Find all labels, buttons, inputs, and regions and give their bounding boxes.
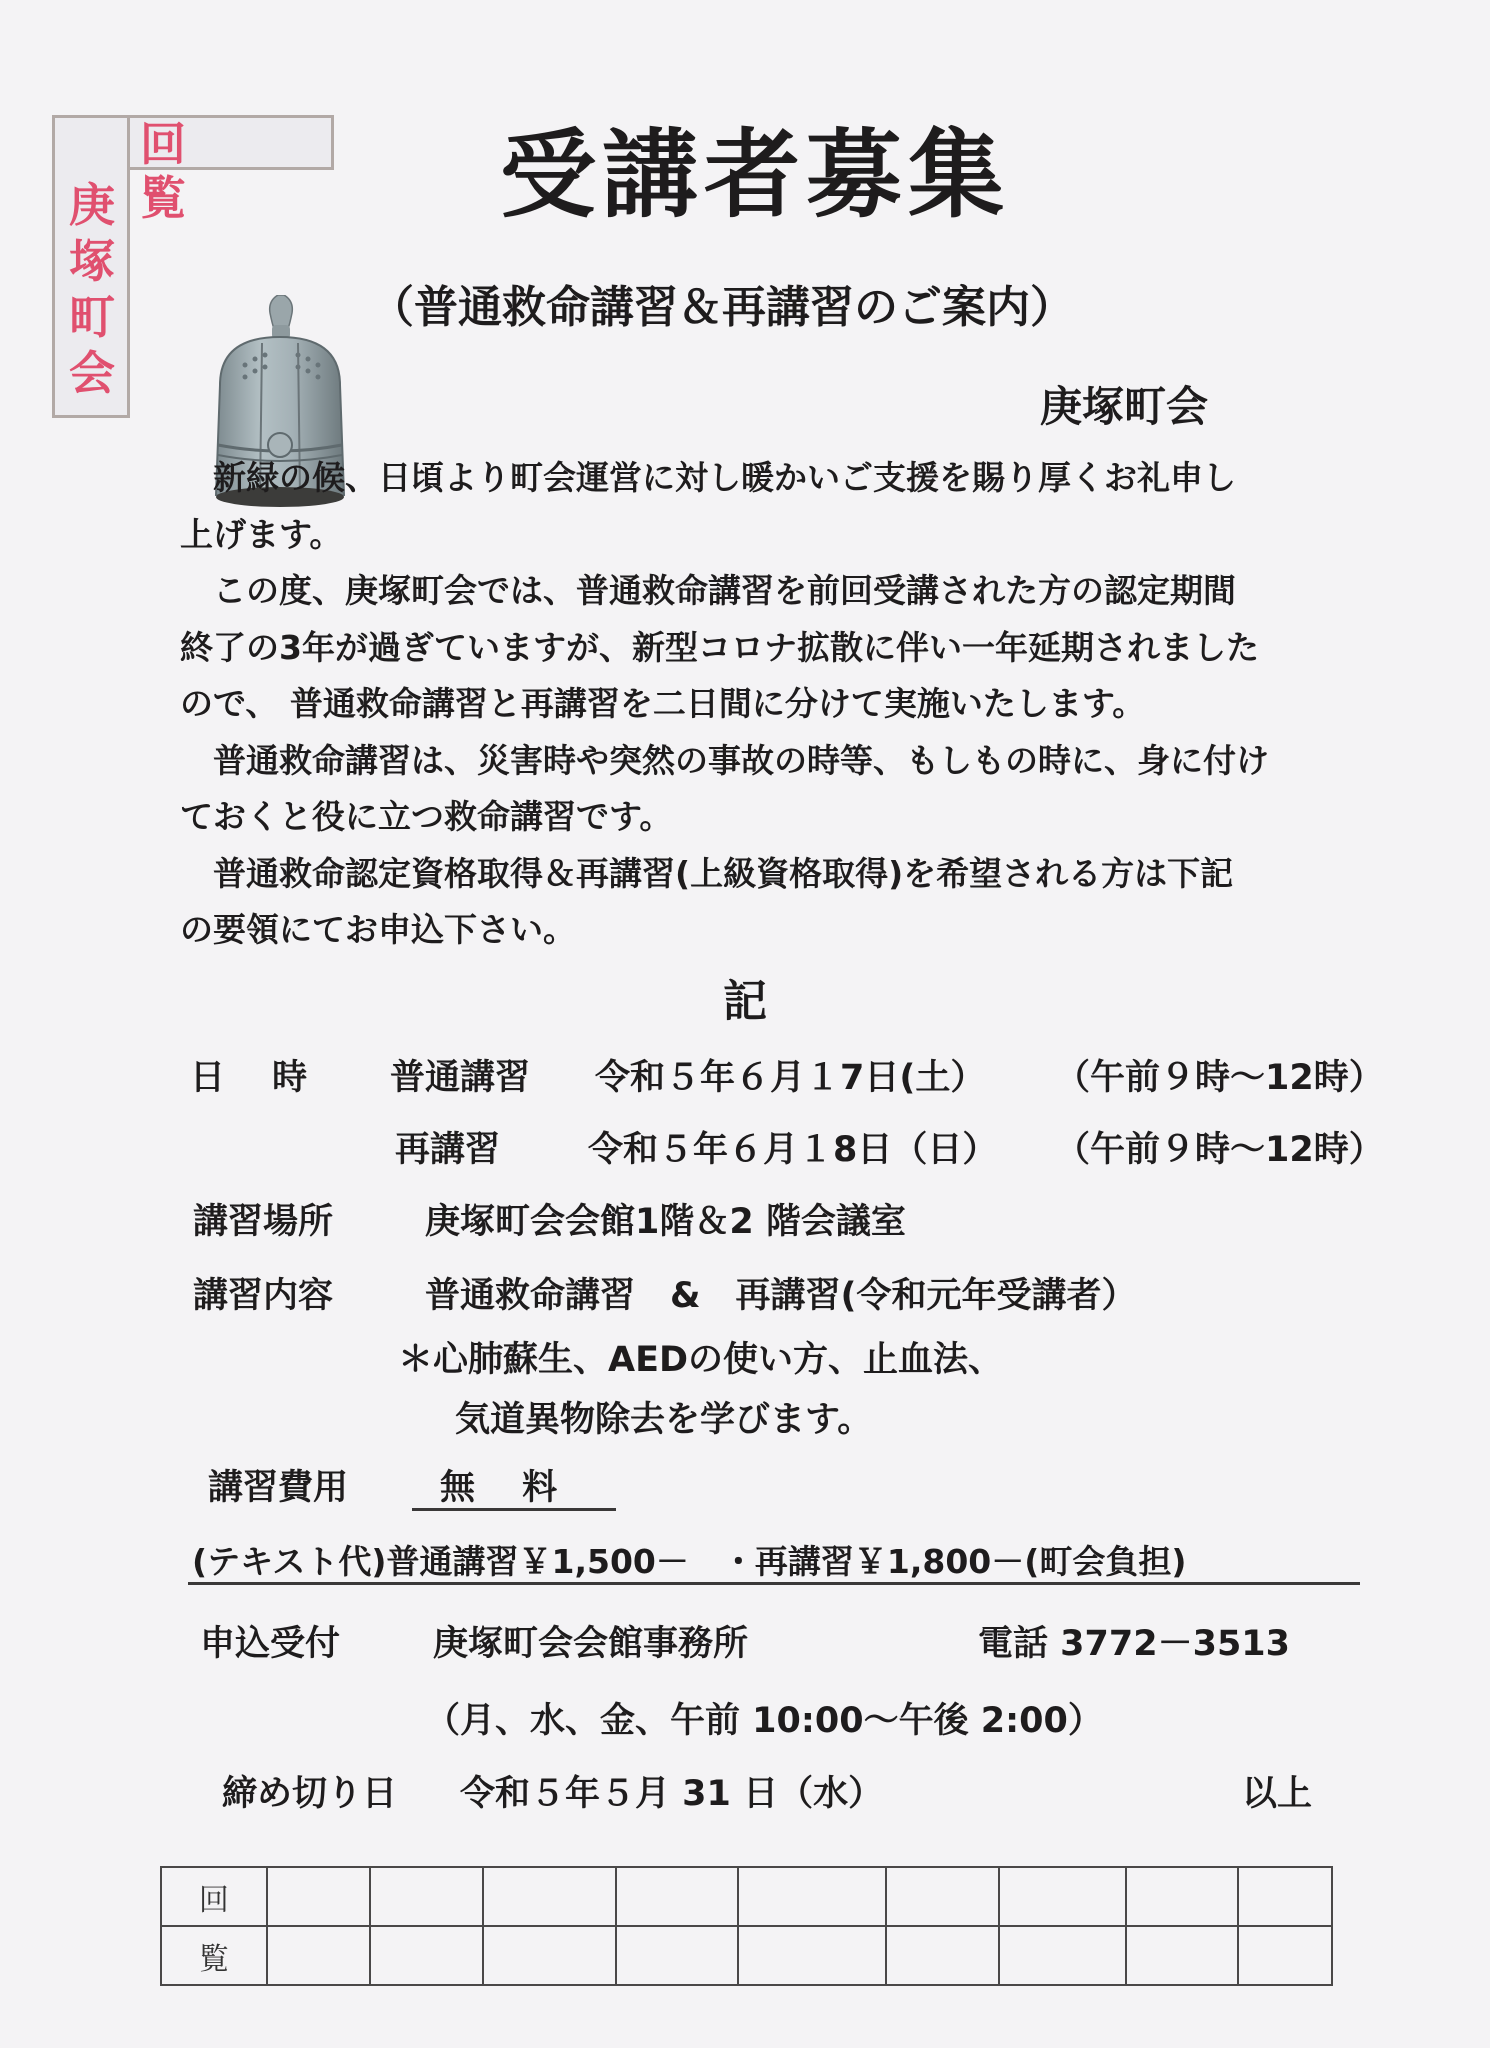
stamp-cell[interactable] xyxy=(370,1926,483,1985)
body-line: 普通救命認定資格取得＆再講習(上級資格取得)を希望される方は下記 xyxy=(180,846,1420,903)
stamp-cell[interactable] xyxy=(267,1926,371,1985)
deadline-value: 令和５年５月 31 日（水） xyxy=(460,1772,883,1816)
stamp-cell[interactable] xyxy=(616,1926,738,1985)
content-label: 講習内容 xyxy=(193,1274,333,1318)
stamp-cell[interactable] xyxy=(267,1867,371,1926)
stamp-cell[interactable] xyxy=(738,1867,886,1926)
venue-value: 庚塚町会会館1階＆2 階会議室 xyxy=(425,1200,906,1244)
flyer-page: 回 覧 庚 塚 町 会 xyxy=(0,0,1490,2048)
organization-name: 庚塚町会 xyxy=(1040,382,1208,432)
fee-label: 講習費用 xyxy=(208,1466,348,1510)
stamp-cell[interactable] xyxy=(1238,1926,1332,1985)
body-text: 新緑の候、日頃より町会運営に対し暖かいご支援を賜り厚くお礼申し 上げます。 この… xyxy=(180,450,1420,959)
application-label: 申込受付 xyxy=(200,1622,340,1666)
circulation-table: 回 覧 xyxy=(160,1866,1333,1986)
session-date: 令和５年６月１7日(土） xyxy=(595,1056,985,1100)
body-line: ので、 普通救命講習と再講習を二日間に分けて実施いたします。 xyxy=(180,676,1420,733)
application-hours: （月、水、金、午前 10:00～午後 2:00） xyxy=(425,1699,1103,1743)
ki-heading: 記 xyxy=(0,975,1490,1029)
circulation-header-cell: 回 xyxy=(161,1867,267,1926)
stamp-cell[interactable] xyxy=(738,1926,886,1985)
datetime-label: 日 時 xyxy=(190,1056,307,1100)
session-name: 再講習 xyxy=(395,1128,500,1172)
circulation-header-cell: 覧 xyxy=(161,1926,267,1985)
application-place: 庚塚町会会館事務所 xyxy=(433,1622,748,1666)
venue-label: 講習場所 xyxy=(193,1200,333,1244)
session-name: 普通講習 xyxy=(390,1056,530,1100)
body-line: この度、庚塚町会では、普通救命講習を前回受講された方の認定期間 xyxy=(180,563,1420,620)
session-date: 令和５年６月１8日（日） xyxy=(588,1128,997,1172)
text-cost-underline xyxy=(188,1582,1360,1585)
org-char: 塚 xyxy=(64,233,120,289)
org-char: 町 xyxy=(64,289,120,345)
content-note: 気道異物除去を学びます。 xyxy=(455,1398,872,1442)
circulation-row: 回 xyxy=(161,1867,1332,1926)
stamp-cell[interactable] xyxy=(483,1867,616,1926)
stamp-cell[interactable] xyxy=(999,1867,1126,1926)
page-subtitle: （普通救命講習＆再講習のご案内） xyxy=(370,280,1074,336)
closing-remark: 以上 xyxy=(1242,1772,1312,1816)
text-cost: (テキスト代)普通講習￥1,500－ ・再講習￥1,800－(町会負担) xyxy=(192,1540,1186,1584)
body-line: 普通救命講習は、災害時や突然の事故の時等、もしもの時に、身に付け xyxy=(180,733,1420,790)
stamp-cell[interactable] xyxy=(886,1867,999,1926)
body-line: 上げます。 xyxy=(180,507,1420,564)
application-phone: 電話 3772－3513 xyxy=(978,1622,1290,1666)
stamp-cell[interactable] xyxy=(1238,1867,1332,1926)
body-line: の要領にてお申込下さい。 xyxy=(180,902,1420,959)
org-char: 会 xyxy=(64,345,120,401)
stamp-cell[interactable] xyxy=(1126,1926,1239,1985)
page-title: 受講者募集 xyxy=(0,120,1490,230)
content-value: 普通救命講習 & 再講習(令和元年受講者） xyxy=(425,1274,1137,1318)
stamp-cell[interactable] xyxy=(370,1867,483,1926)
body-line: 新緑の候、日頃より町会運営に対し暖かいご支援を賜り厚くお礼申し xyxy=(180,450,1420,507)
stamp-cell[interactable] xyxy=(886,1926,999,1985)
stamp-cell[interactable] xyxy=(1126,1867,1239,1926)
fee-underline xyxy=(412,1508,616,1511)
stamp-cell[interactable] xyxy=(616,1867,738,1926)
circulation-row: 覧 xyxy=(161,1926,1332,1985)
deadline-label: 締め切り日 xyxy=(222,1772,397,1816)
body-line: 終了の3年が過ぎていますが、新型コロナ拡散に伴い一年延期されました xyxy=(180,620,1420,677)
session-time: （午前９時～12時） xyxy=(1055,1056,1384,1100)
session-time: （午前９時～12時） xyxy=(1055,1128,1384,1172)
content-note: ＊心肺蘇生、AEDの使い方、止血法、 xyxy=(398,1338,1003,1382)
fee-value: 無 料 xyxy=(440,1466,557,1510)
body-line: ておくと役に立つ救命講習です。 xyxy=(180,789,1420,846)
stamp-cell[interactable] xyxy=(999,1926,1126,1985)
stamp-cell[interactable] xyxy=(483,1926,616,1985)
